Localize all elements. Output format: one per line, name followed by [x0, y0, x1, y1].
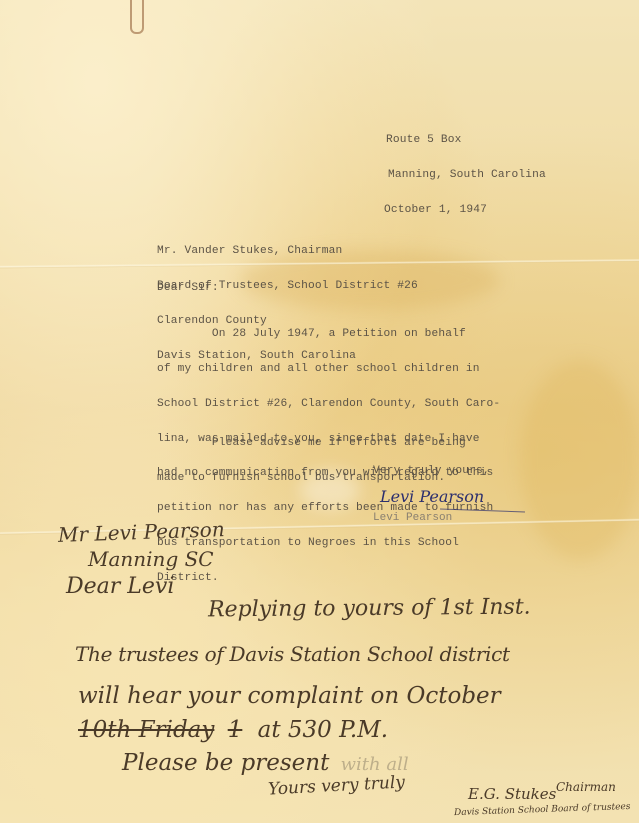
pen-signature: Levi Pearson [380, 487, 484, 506]
reply-title-board: Davis Station School Board of trustees [454, 802, 631, 818]
reply-line-2: The trustees of Davis Station School dis… [75, 642, 510, 666]
salutation: Dear Sir: [157, 283, 219, 295]
reply-line-4: 10th Friday 1 at 530 P.M. [78, 717, 388, 743]
sender-address: Route 5 Box Manning, South Carolina Octo… [386, 112, 546, 240]
edge-stain [520, 360, 639, 560]
valediction: Very truly yours, [373, 466, 490, 478]
reply-line-3: will hear your complaint on October [78, 683, 501, 709]
struck-mark: 1 [228, 717, 243, 743]
reply-title-chairman: Chairman [556, 780, 616, 794]
please-be-present: Please be present [122, 750, 329, 776]
body-line: District. [157, 573, 500, 585]
reply-signature: E.G. Stukes [468, 785, 556, 803]
body-line: School District #26, Clarendon County, S… [157, 399, 500, 411]
meeting-time: at 530 P.M. [258, 717, 388, 743]
reply-salutation: Dear Levi [66, 574, 174, 599]
body-line: of my children and all other school chil… [157, 364, 500, 376]
recipient-line-1: Mr. Vander Stukes, Chairman [157, 246, 418, 258]
paperclip-mark [130, 0, 144, 34]
typed-signature-name: Levi Pearson [373, 512, 452, 524]
reply-address-line-2: Manning SC [88, 547, 214, 571]
reply-line-5: Please be present with all [122, 750, 409, 776]
sender-line-2: Manning, South Carolina [386, 170, 546, 182]
struck-date: 10th Friday [78, 717, 214, 743]
reply-closing: Yours very truly [268, 772, 406, 799]
letter-page: Route 5 Box Manning, South Carolina Octo… [0, 0, 639, 823]
letter-date: October 1, 1947 [384, 205, 546, 217]
body-line: Please advise me if efforts are being [157, 438, 466, 450]
sender-line-1: Route 5 Box [386, 135, 546, 147]
body-line: On 28 July 1947, a Petition on behalf [157, 329, 500, 341]
reply-line-1: Replying to yours of 1st Inst. [208, 595, 531, 623]
